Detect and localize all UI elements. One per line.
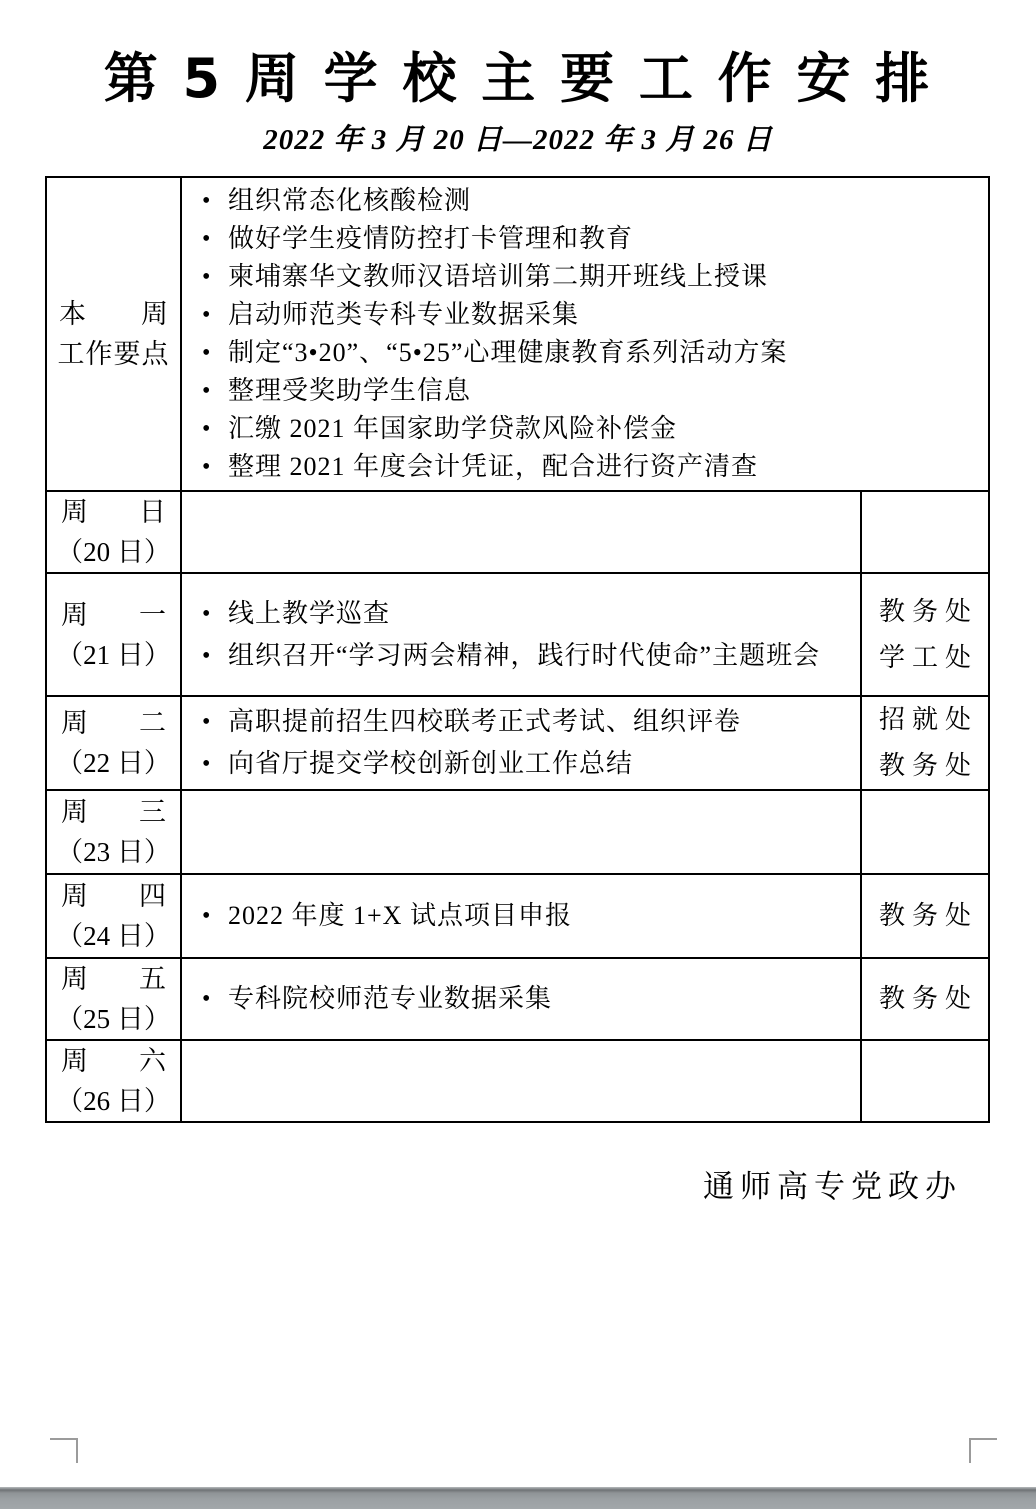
tasks-cell [181,790,861,874]
day-date: （24 日） [47,916,180,956]
tasks-cell: 高职提前招生四校联考正式考试、组织评卷向省厅提交学校创新创业工作总结 [181,696,861,790]
day-row-sat: 周六（26 日） [46,1040,989,1122]
dept-label: 教务处 [862,893,988,939]
day-name-char: 周 [61,703,88,743]
task-list: 专科院校师范专业数据采集 [182,974,860,1024]
task-item: 启动师范类专科专业数据采集 [196,296,982,334]
viewer-bottom-bar [0,1487,1036,1509]
margin-crop-mark-right-horizontal [969,1438,997,1440]
margin-crop-mark-left-vertical [76,1438,78,1463]
day-date: （20 日） [47,532,180,572]
task-list: 2022 年度 1+X 试点项目申报 [182,891,860,941]
summary-label-char: 周 [141,294,168,334]
day-name: 周五 [47,959,180,999]
day-name-char: 六 [139,1041,166,1081]
day-name-char: 周 [61,595,88,635]
dept-cell [861,790,989,874]
day-name-char: 三 [139,792,166,832]
page-title: 第 5 周 学 校 主 要 工 作 安 排 [0,46,1036,112]
summary-label-line1: 本周 [47,294,180,334]
task-list: 组织常态化核酸检测做好学生疫情防控打卡管理和教育柬埔寨华文教师汉语培训第二期开班… [182,178,988,490]
task-item: 2022 年度 1+X 试点项目申报 [196,895,854,937]
summary-items-cell: 组织常态化核酸检测做好学生疫情防控打卡管理和教育柬埔寨华文教师汉语培训第二期开班… [181,177,989,491]
tasks-cell: 2022 年度 1+X 试点项目申报 [181,874,861,958]
tasks-cell: 专科院校师范专业数据采集 [181,958,861,1040]
margin-crop-mark-right-vertical [969,1438,971,1463]
day-name-char: 周 [61,1041,88,1081]
day-name-char: 一 [139,595,166,635]
day-date: （23 日） [47,832,180,872]
day-date: （21 日） [47,635,180,675]
day-date: （22 日） [47,743,180,783]
task-item: 组织常态化核酸检测 [196,182,982,220]
task-item: 制定“3•20”、“5•25”心理健康教育系列活动方案 [196,334,982,372]
day-name-char: 周 [61,492,88,532]
dept-label: 教务处 [862,976,988,1022]
margin-crop-mark-left-horizontal [50,1438,78,1440]
day-name-char: 周 [61,959,88,999]
dept-cell: 招就处教务处 [861,696,989,790]
task-item: 线上教学巡查 [196,593,854,635]
day-row-mon: 周一（21 日）线上教学巡查组织召开“学习两会精神，践行时代使命”主题班会教务处… [46,573,989,696]
task-item: 柬埔寨华文教师汉语培训第二期开班线上授课 [196,258,982,296]
day-date: （25 日） [47,999,180,1039]
day-name: 周日 [47,492,180,532]
date-range: 2022 年 3 月 20 日—2022 年 3 月 26 日 [0,120,1036,160]
dept-cell: 教务处 [861,874,989,958]
day-row-sun: 周日（20 日） [46,491,989,573]
summary-row: 本周工作要点组织常态化核酸检测做好学生疫情防控打卡管理和教育柬埔寨华文教师汉语培… [46,177,989,491]
task-item: 组织召开“学习两会精神，践行时代使命”主题班会 [196,635,848,677]
day-name-char: 日 [139,492,166,532]
day-cell: 周二（22 日） [46,696,181,790]
task-item: 专科院校师范专业数据采集 [196,978,854,1020]
day-name-char: 周 [61,876,88,916]
dept-cell [861,491,989,573]
day-name: 周六 [47,1041,180,1081]
day-name: 周一 [47,595,180,635]
dept-cell: 教务处 [861,958,989,1040]
dept-cell [861,1040,989,1122]
dept-label: 学工处 [862,635,988,681]
document-page: 第 5 周 学 校 主 要 工 作 安 排 2022 年 3 月 20 日—20… [0,0,1036,1509]
schedule-table-body: 本周工作要点组织常态化核酸检测做好学生疫情防控打卡管理和教育柬埔寨华文教师汉语培… [46,177,989,1122]
day-row-tue: 周二（22 日）高职提前招生四校联考正式考试、组织评卷向省厅提交学校创新创业工作… [46,696,989,790]
day-name-char: 二 [139,703,166,743]
tasks-cell [181,1040,861,1122]
day-cell: 周六（26 日） [46,1040,181,1122]
summary-label-char: 本 [59,294,86,334]
day-name: 周四 [47,876,180,916]
dept-label: 教务处 [862,589,988,635]
day-cell: 周日（20 日） [46,491,181,573]
tasks-cell: 线上教学巡查组织召开“学习两会精神，践行时代使命”主题班会 [181,573,861,696]
day-row-fri: 周五（25 日）专科院校师范专业数据采集教务处 [46,958,989,1040]
summary-label-line2: 工作要点 [47,334,180,374]
tasks-cell [181,491,861,573]
day-cell: 周一（21 日） [46,573,181,696]
footer-signature: 通师高专党政办 [703,1166,962,1208]
dept-label: 教务处 [862,743,988,789]
task-item: 向省厅提交学校创新创业工作总结 [196,743,854,785]
summary-label-cell: 本周工作要点 [46,177,181,491]
task-item: 整理 2021 年度会计凭证，配合进行资产清查 [196,448,982,486]
task-item: 汇缴 2021 年国家助学贷款风险补偿金 [196,410,982,448]
schedule-table: 本周工作要点组织常态化核酸检测做好学生疫情防控打卡管理和教育柬埔寨华文教师汉语培… [45,176,990,1123]
day-name: 周三 [47,792,180,832]
day-name-char: 周 [61,792,88,832]
dept-label: 招就处 [862,697,988,743]
task-list: 高职提前招生四校联考正式考试、组织评卷向省厅提交学校创新创业工作总结 [182,697,860,789]
day-cell: 周四（24 日） [46,874,181,958]
day-name-char: 五 [139,959,166,999]
day-name-char: 四 [139,876,166,916]
day-row-wed: 周三（23 日） [46,790,989,874]
task-item: 做好学生疫情防控打卡管理和教育 [196,220,982,258]
dept-cell: 教务处学工处 [861,573,989,696]
day-row-thu: 周四（24 日）2022 年度 1+X 试点项目申报教务处 [46,874,989,958]
task-list: 线上教学巡查组织召开“学习两会精神，践行时代使命”主题班会 [182,589,860,681]
task-item: 高职提前招生四校联考正式考试、组织评卷 [196,701,854,743]
day-date: （26 日） [47,1081,180,1121]
day-cell: 周三（23 日） [46,790,181,874]
day-name: 周二 [47,703,180,743]
day-cell: 周五（25 日） [46,958,181,1040]
task-item: 整理受奖助学生信息 [196,372,982,410]
